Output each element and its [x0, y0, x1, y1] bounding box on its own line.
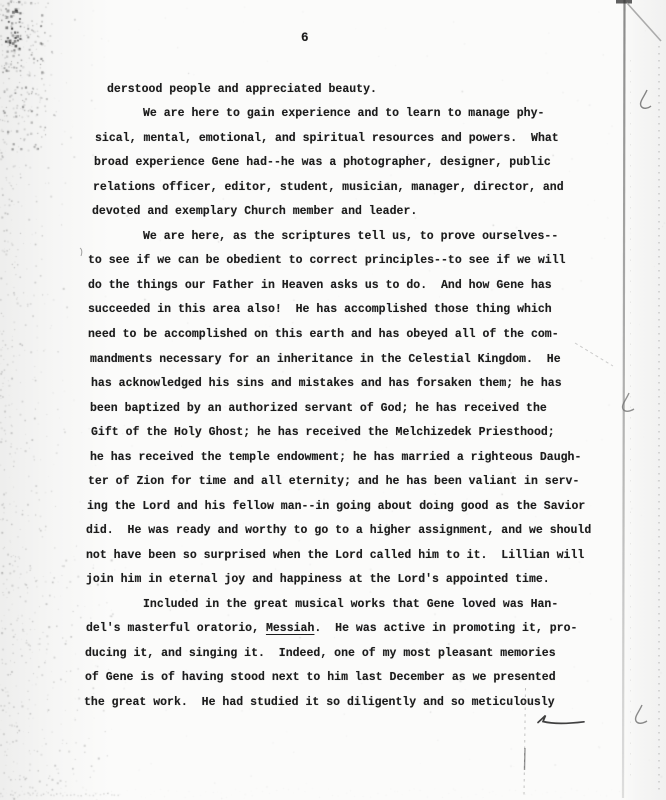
text-line: del's masterful oratorio, Messiah. He wa… — [86, 617, 577, 642]
text-line: the great work. He had studied it so dil… — [84, 691, 555, 716]
underlined-word: Messiah — [266, 622, 314, 635]
text-line: We are here to gain experience and to le… — [143, 102, 544, 127]
text-line: sical, mental, emotional, and spiritual … — [95, 127, 559, 152]
text-line: did. He was ready and worthy to go to a … — [86, 519, 591, 544]
text-line: do the things our Father in Heaven asks … — [88, 274, 552, 299]
document-text: derstood people and appreciated beauty.W… — [0, 0, 666, 800]
text-line: need to be accomplished on this earth an… — [88, 323, 559, 348]
text-line: ducing it, and singing it. Indeed, one o… — [85, 642, 556, 667]
text-line: ing the Lord and his fellow man--in goin… — [87, 495, 585, 520]
text-line: been baptized by an authorized servant o… — [90, 397, 547, 422]
text-line: relations officer, editor, student, musi… — [93, 176, 564, 201]
text-line: Included in the great musical works that… — [143, 593, 558, 618]
text-line: mandments necessary for an inheritance i… — [90, 348, 561, 373]
text-line: broad experience Gene had--he was a phot… — [94, 151, 551, 176]
text-line: he has received the temple endowment; he… — [90, 446, 581, 471]
text-line: devoted and exemplary Church member and … — [92, 200, 417, 225]
text-line: has acknowledged his sins and mistakes a… — [91, 372, 562, 397]
text-line: join him in eternal joy and happiness at… — [86, 568, 550, 593]
text-line: derstood people and appreciated beauty. — [107, 78, 377, 103]
text-line: of Gene is of having stood next to him l… — [85, 666, 556, 691]
text-line: Gift of the Holy Ghost; he has received … — [91, 421, 555, 446]
text-line: succeeded in this area also! He has acco… — [88, 298, 552, 323]
text-line: We are here, as the scriptures tell us, … — [143, 225, 558, 250]
text-line: ter of Zion for time and all eternity; a… — [88, 470, 579, 495]
document-page: 6 derstood people and appreciated beauty… — [0, 0, 666, 800]
text-line: not have been so surprised when the Lord… — [86, 544, 584, 569]
text-line: to see if we can be obedient to correct … — [88, 249, 566, 274]
